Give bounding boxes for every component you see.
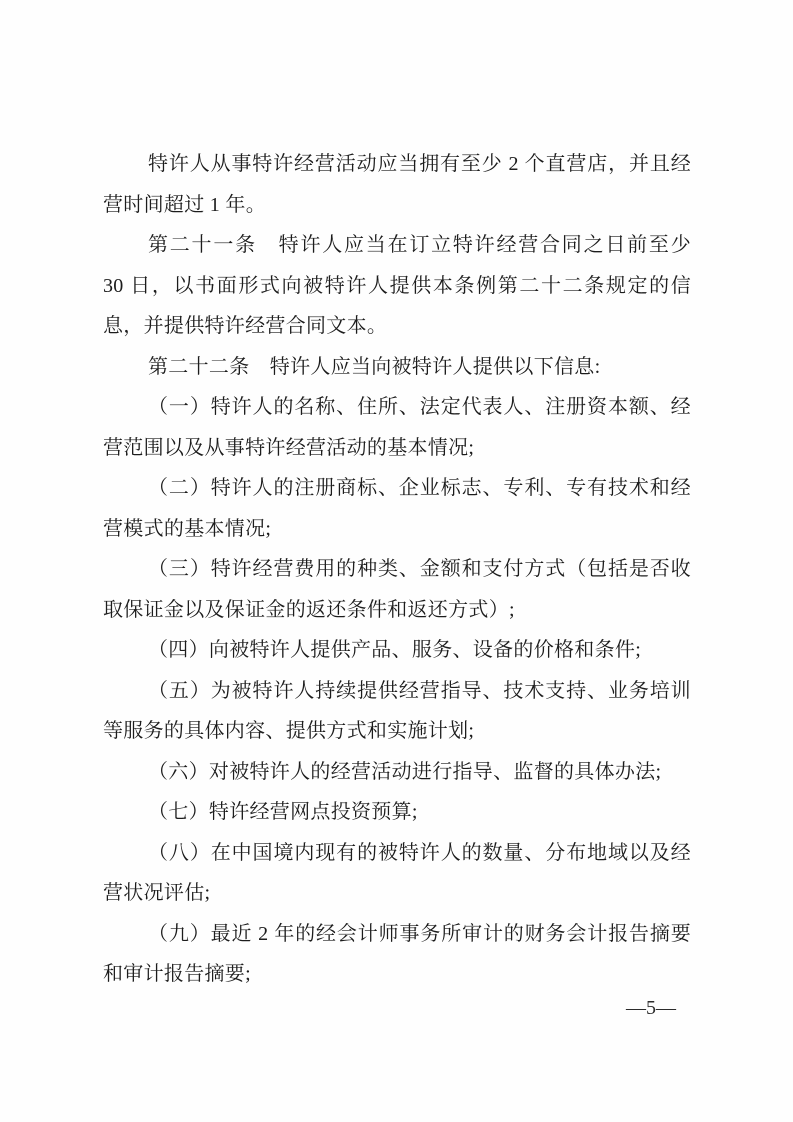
text-line: （六）对被特许人的经营活动进行指导、监督的具体办法; (103, 752, 691, 793)
text-line: （四）向被特许人提供产品、服务、设备的价格和条件; (103, 630, 691, 671)
text-line: 取保证金以及保证金的返还条件和返还方式）; (103, 590, 691, 631)
text-line: （九）最近 2 年的经会计师事务所审计的财务会计报告摘要 (103, 914, 691, 955)
text-line: 30 日，以书面形式向被特许人提供本条例第二十二条规定的信 (103, 266, 691, 307)
text-line: 第二十二条 特许人应当向被特许人提供以下信息: (103, 347, 691, 388)
body-text: 特许人从事特许经营活动应当拥有至少 2 个直营店，并且经营时间超过 1 年。第二… (103, 144, 691, 995)
text-line: 营范围以及从事特许经营活动的基本情况; (103, 428, 691, 469)
text-line: 特许人从事特许经营活动应当拥有至少 2 个直营店，并且经 (103, 144, 691, 185)
text-line: 营模式的基本情况; (103, 509, 691, 550)
text-line: （八）在中国境内现有的被特许人的数量、分布地域以及经 (103, 833, 691, 874)
text-line: （三）特许经营费用的种类、金额和支付方式（包括是否收 (103, 549, 691, 590)
text-line: 息，并提供特许经营合同文本。 (103, 306, 691, 347)
text-line: 等服务的具体内容、提供方式和实施计划; (103, 711, 691, 752)
text-line: 营时间超过 1 年。 (103, 185, 691, 226)
text-line: （二）特许人的注册商标、企业标志、专利、专有技术和经 (103, 468, 691, 509)
text-line: 营状况评估; (103, 873, 691, 914)
text-line: （五）为被特许人持续提供经营指导、技术支持、业务培训 (103, 671, 691, 712)
page-number: —5— (626, 996, 676, 1020)
text-line: 第二十一条 特许人应当在订立特许经营合同之日前至少 (103, 225, 691, 266)
document-page: 特许人从事特许经营活动应当拥有至少 2 个直营店，并且经营时间超过 1 年。第二… (0, 0, 793, 1122)
text-line: （一）特许人的名称、住所、法定代表人、注册资本额、经 (103, 387, 691, 428)
text-line: 和审计报告摘要; (103, 954, 691, 995)
text-line: （七）特许经营网点投资预算; (103, 792, 691, 833)
